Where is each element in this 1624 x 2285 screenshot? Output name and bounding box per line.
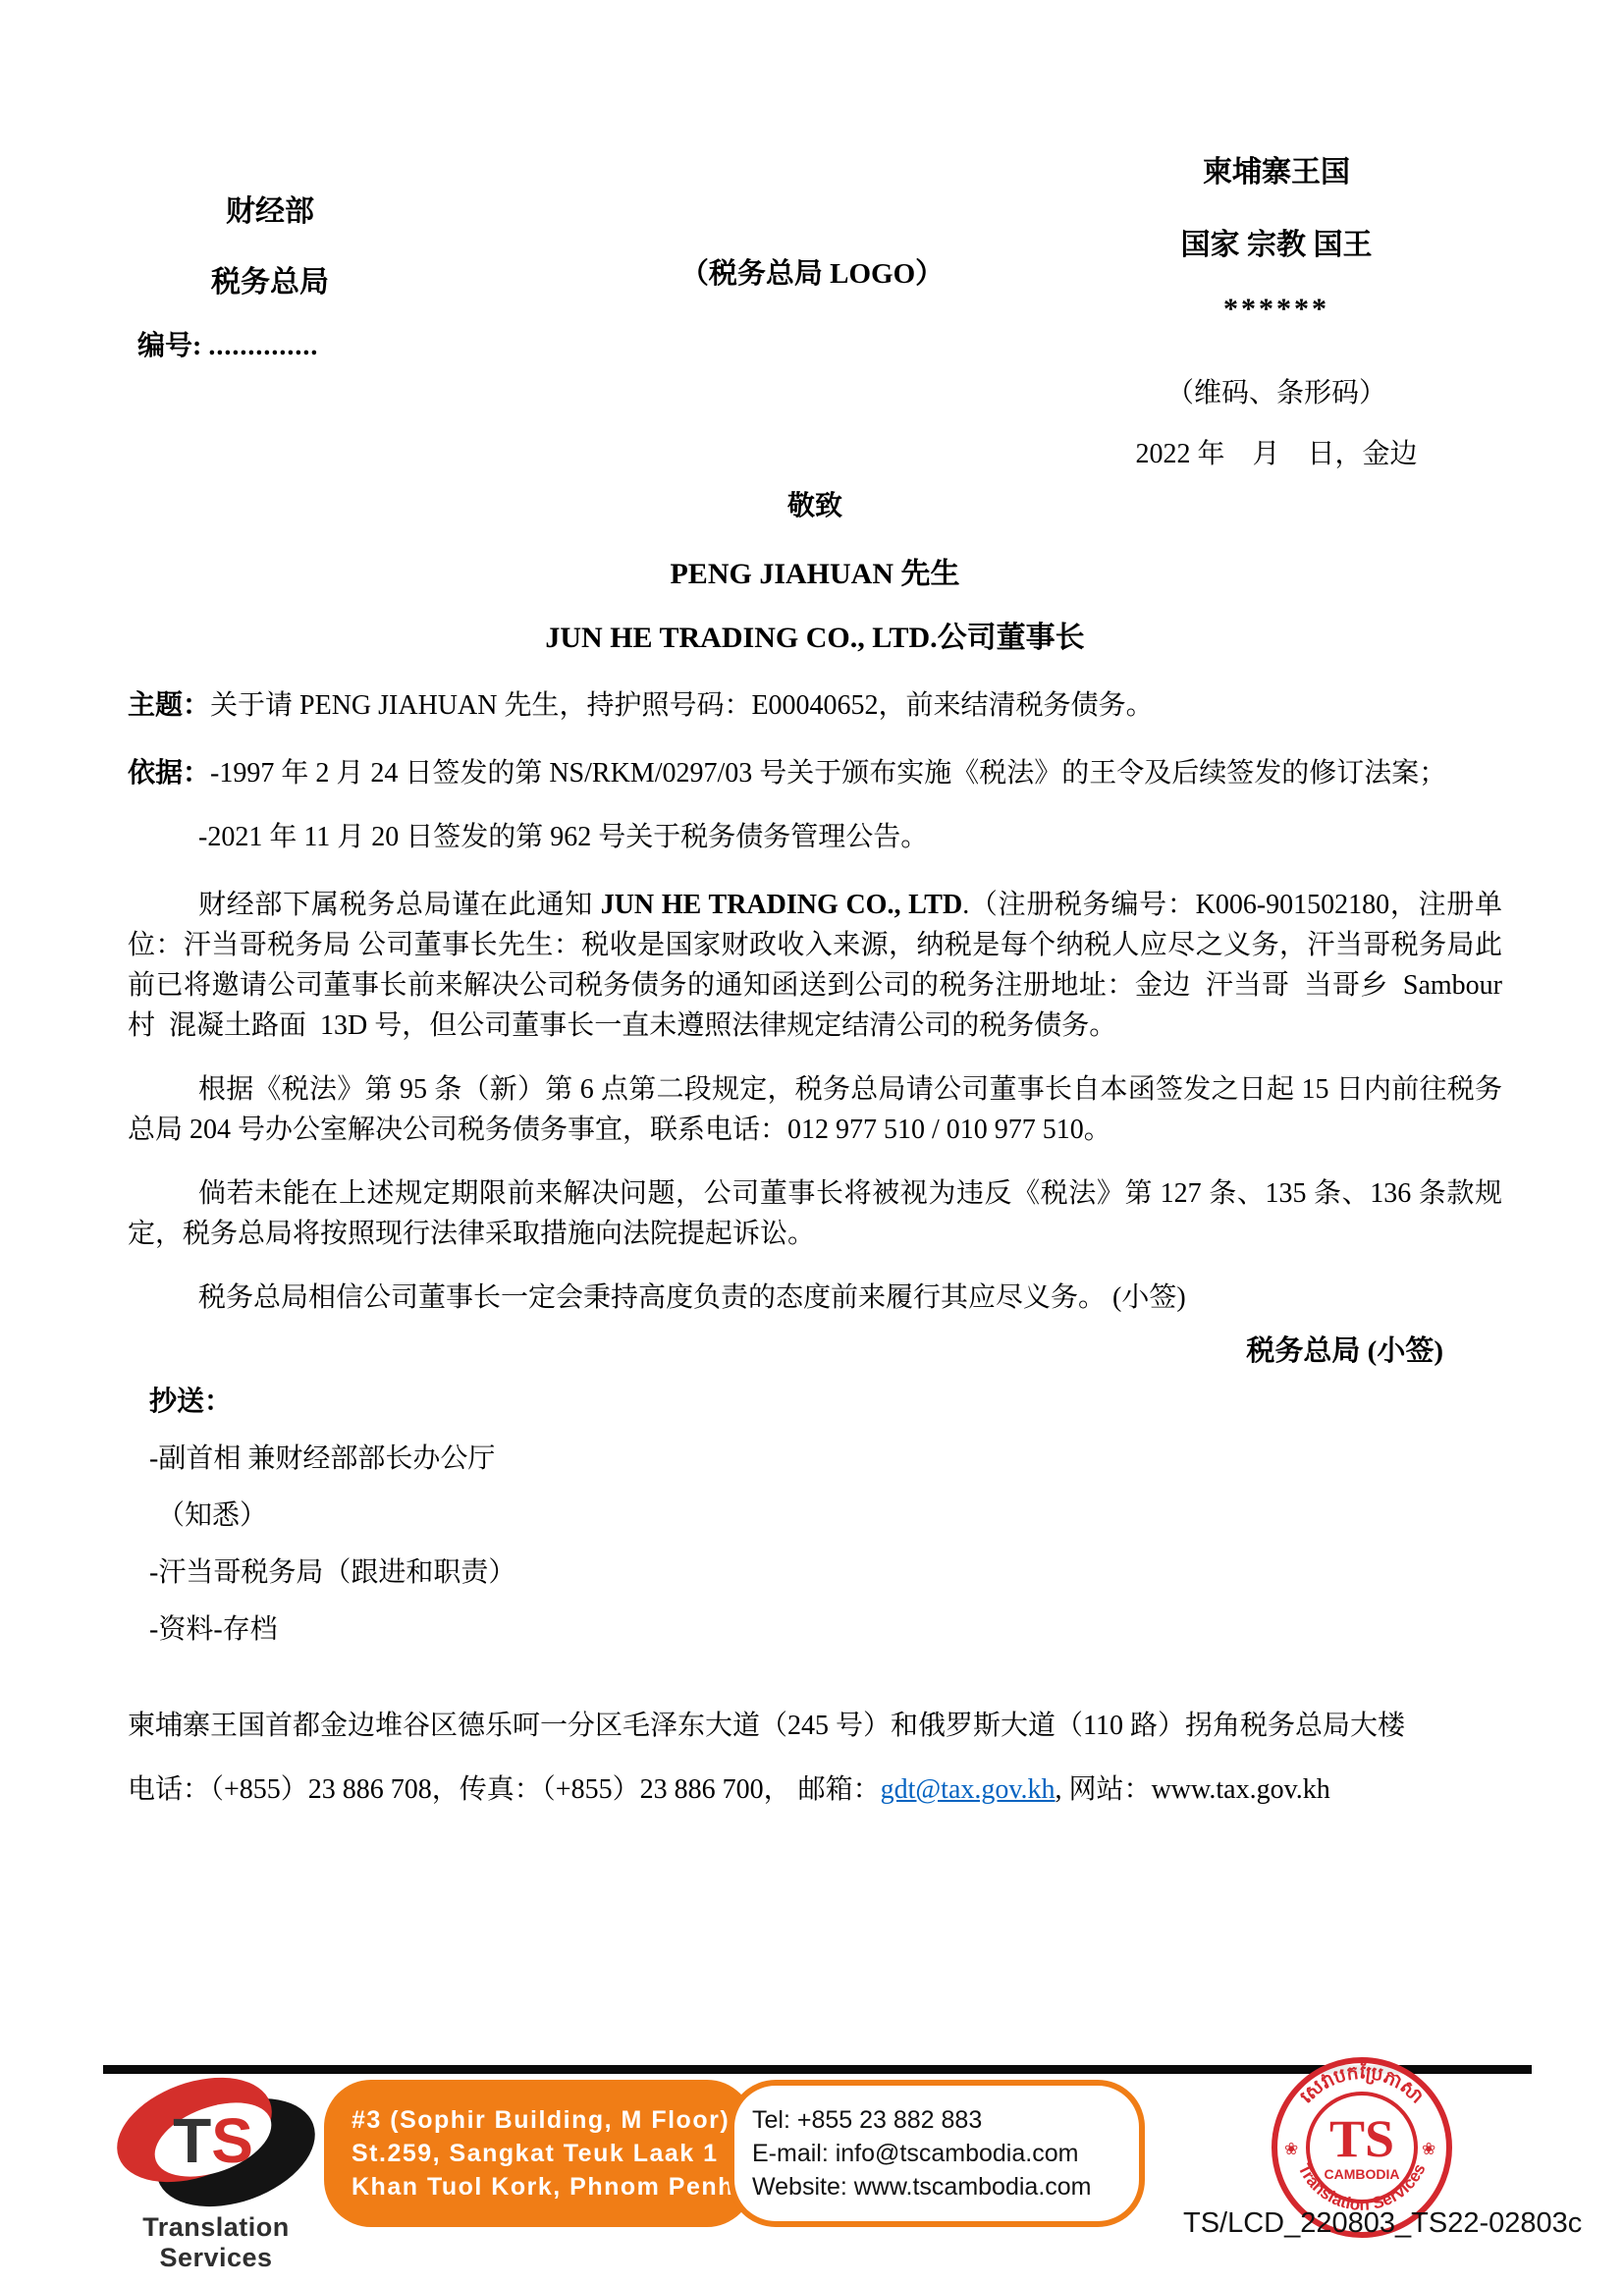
stamp-flower-left: ❀ xyxy=(1284,2140,1298,2158)
ts-logo: TS Translation Services xyxy=(98,2074,334,2273)
recipient-name: PENG JIAHUAN 先生 xyxy=(128,554,1502,594)
legal-basis-2: -2021 年 11 月 20 日签发的第 962 号关于税务债务管理公告。 xyxy=(128,817,1502,857)
contact-prefix: 电话：（+855）23 886 708，传真：（+855）23 886 700，… xyxy=(128,1774,881,1805)
p1-company-name: JUN HE TRADING CO., LTD xyxy=(601,890,962,920)
office-address: 柬埔寨王国首都金边堆谷区德乐呵一分区毛泽东大道（245 号）和俄罗斯大道（110… xyxy=(128,1705,1502,1748)
cc-item-1: -副首相 兼财经部部长办公厅 xyxy=(149,1439,1502,1479)
logo-letter-s: S xyxy=(211,2105,253,2176)
stamp-ts: TS xyxy=(1329,2109,1394,2168)
salutation-greeting: 敬致 xyxy=(128,486,1502,526)
body-paragraph-4: 税务总局相信公司董事长一定会秉持高度负责的态度前来履行其应尽义务。 (小签) xyxy=(128,1278,1502,1318)
body-paragraph-1: 财经部下属税务总局谨在此通知 JUN HE TRADING CO., LTD.（… xyxy=(128,885,1502,1046)
banner-website: Website: www.tscambodia.com xyxy=(752,2170,1139,2203)
banner-contact-box: Tel: +855 23 882 883 E-mail: info@tscamb… xyxy=(729,2080,1145,2227)
legal-basis-1: 依据：-1997 年 2 月 24 日签发的第 NS/RKM/0297/03 号… xyxy=(128,753,1502,793)
basis-label: 依据： xyxy=(128,758,210,789)
translation-ref-number: TS/LCD_220803_TS22-02803c xyxy=(1183,2207,1582,2240)
kingdom-title: 柬埔寨王国 xyxy=(1051,147,1502,190)
stamp-country: CAMBODIA xyxy=(1325,2166,1400,2182)
office-contact-line: 电话：（+855）23 886 708，传真：（+855）23 886 700，… xyxy=(128,1769,1502,1810)
stars-separator: ****** xyxy=(1051,293,1502,326)
banner-address-box: #3 (Sophir Building, M Floor) St.259, Sa… xyxy=(324,2080,754,2227)
ts-logo-caption: Translation Services xyxy=(98,2212,334,2273)
banner-address-line-1: #3 (Sophir Building, M Floor) xyxy=(352,2103,754,2137)
signature-line: 税务总局 (小签) xyxy=(128,1332,1502,1372)
subject-text: 关于请 PENG JIAHUAN 先生，持护照号码：E00040652，前来结清… xyxy=(210,690,1154,721)
recipient-title: JUN HE TRADING CO., LTD.公司董事长 xyxy=(128,618,1502,658)
ref-label: 编号: xyxy=(137,331,201,361)
logo-letter-t: T xyxy=(173,2105,211,2176)
letter-body: 敬致 PENG JIAHUAN 先生 JUN HE TRADING CO., L… xyxy=(128,486,1502,1810)
national-motto: 国家 宗教 国王 xyxy=(1051,220,1502,263)
header-right-block: 柬埔寨王国 国家 宗教 国王 ****** xyxy=(1051,147,1502,326)
gdt-email-link[interactable]: gdt@tax.gov.kh xyxy=(881,1774,1056,1805)
ref-dots: .............. xyxy=(208,331,318,361)
cc-block: 抄送： -副首相 兼财经部部长办公厅 （知悉） -汗当哥税务局（跟进和职责） -… xyxy=(149,1382,1502,1650)
subject-line: 主题：关于请 PENG JIAHUAN 先生，持护照号码：E00040652，前… xyxy=(128,685,1502,726)
gdt-website: www.tax.gov.kh xyxy=(1152,1774,1330,1805)
stamp-flower-right: ❀ xyxy=(1422,2140,1435,2158)
body-paragraph-3: 倘若未能在上述规定期限前来解决问题，公司董事长将被视为违反《税法》第 127 条… xyxy=(128,1173,1502,1254)
cc-item-3: -汗当哥税务局（跟进和职责） xyxy=(149,1552,1502,1593)
svg-text:TS: TS xyxy=(173,2105,253,2176)
barcode-placeholder-text: （维码、条形码） xyxy=(1051,371,1502,410)
cc-item-2: （知悉） xyxy=(157,1496,1502,1536)
date-line: 2022 年 月 日，金边 xyxy=(1051,432,1502,471)
banner-address-line-2: St.259, Sangkat Teuk Laak 1 xyxy=(352,2137,754,2170)
body-paragraph-2: 根据《税法》第 95 条（新）第 6 点第二段规定，税务总局请公司董事长自本函签… xyxy=(128,1069,1502,1150)
banner-email: E-mail: info@tscambodia.com xyxy=(752,2137,1139,2170)
banner-tel: Tel: +855 23 882 883 xyxy=(752,2103,1139,2137)
header-ref-number-line: 编号: .............. xyxy=(137,324,318,363)
ts-logo-icon: TS xyxy=(98,2074,334,2211)
banner-address-line-3: Khan Tuol Kork, Phnom Penh xyxy=(352,2170,754,2203)
p1-before: 财经部下属税务总局谨在此通知 xyxy=(198,890,601,920)
basis-item-1: -1997 年 2 月 24 日签发的第 NS/RKM/0297/03 号关于颁… xyxy=(210,758,1446,789)
document-page: 财经部 税务总局 编号: .............. （税务总局 LOGO） … xyxy=(0,0,1624,2285)
cc-label: 抄送： xyxy=(149,1382,1502,1422)
header-ministry: 财经部 xyxy=(147,187,393,230)
subject-label: 主题： xyxy=(128,690,210,721)
contact-mid: , 网站： xyxy=(1056,1774,1152,1805)
cc-item-4: -资料-存档 xyxy=(149,1609,1502,1650)
